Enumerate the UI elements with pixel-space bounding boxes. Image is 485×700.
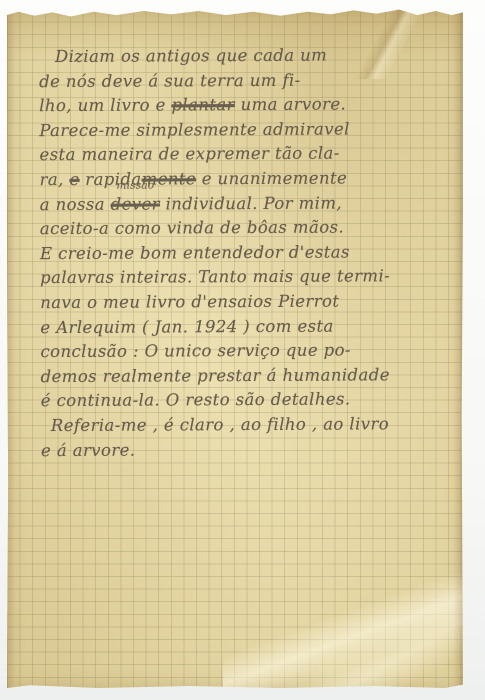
manuscript-line: esta maneira de expremer tão cla- <box>39 141 458 168</box>
manuscript-line: E creio-me bom entendedor d'estas <box>40 240 459 267</box>
manuscript-line: nava o meu livro d'ensaios Pierrot <box>40 289 459 316</box>
manuscript-line: aceito-a como vinda de bôas mãos. <box>40 215 459 242</box>
handwritten-text-block: Diziam os antigos que cada umde nós deve… <box>39 43 460 463</box>
manuscript-page: Diziam os antigos que cada umde nós deve… <box>7 9 463 688</box>
manuscript-text: uma arvore. <box>235 95 346 115</box>
manuscript-text: a nossa <box>40 194 111 213</box>
manuscript-text: de nós deve á sua terra um fi- <box>39 70 301 90</box>
manuscript-text: Parece-me simplesmente admiravel <box>39 119 350 140</box>
strikethrough-text: dever <box>111 194 160 213</box>
manuscript-line: lho, um livro e plantar uma arvore. <box>39 92 458 119</box>
paper-crease-bottom-right <box>223 558 463 688</box>
strikethrough-text: plantar <box>171 95 235 114</box>
manuscript-text: conclusão : O unico serviço que po- <box>40 341 350 362</box>
paper-edge-shade-left <box>7 9 15 688</box>
manuscript-text: demos realmente prestar á humanidade <box>41 365 390 386</box>
manuscript-line: e á arvore. <box>41 436 460 463</box>
manuscript-line: a nossa missãodever individual. Por mim, <box>40 190 459 217</box>
strikethrough-text: e <box>69 170 79 189</box>
manuscript-line: Parece-me simplesmente admiravel <box>39 117 458 144</box>
manuscript-line: demos realmente prestar á humanidade <box>41 363 460 390</box>
manuscript-line: e Arlequim ( Jan. 1924 ) com esta <box>40 313 459 340</box>
manuscript-text: nava o meu livro d'ensaios Pierrot <box>40 291 339 312</box>
manuscript-line: ra, e rapidamente e unanimemente <box>40 166 459 193</box>
manuscript-text: é continua-la. O resto são detalhes. <box>41 390 351 411</box>
manuscript-text: Referia-me , é claro , ao filho , ao liv… <box>51 414 389 435</box>
manuscript-text: lho, um livro e <box>39 96 171 116</box>
scanned-document-view: Diziam os antigos que cada umde nós deve… <box>0 0 485 700</box>
manuscript-text: ra, <box>40 170 70 189</box>
interlinear-insertion: missão <box>116 180 154 190</box>
manuscript-text: Diziam os antigos que cada um <box>55 46 327 66</box>
manuscript-line: de nós deve á sua terra um fi- <box>39 67 458 94</box>
correction-group: missãodever <box>111 192 160 217</box>
manuscript-line: é continua-la. O resto são detalhes. <box>41 387 460 414</box>
manuscript-line: Referia-me , é claro , ao filho , ao liv… <box>41 412 460 439</box>
manuscript-text: aceito-a como vinda de bôas mãos. <box>40 218 344 239</box>
manuscript-text: esta maneira de expremer tão cla- <box>39 144 339 165</box>
manuscript-line: conclusão : O unico serviço que po- <box>40 338 459 365</box>
manuscript-text: e á arvore. <box>41 440 135 459</box>
manuscript-line: palavras inteiras. Tanto mais que termi- <box>40 264 459 291</box>
manuscript-text: palavras inteiras. Tanto mais que termi- <box>40 267 390 288</box>
manuscript-text: individual. Por mim, <box>160 193 342 213</box>
manuscript-line: Diziam os antigos que cada um <box>39 43 458 70</box>
manuscript-text: e Arlequim ( Jan. 1924 ) com esta <box>40 316 333 337</box>
manuscript-text: e unanimemente <box>196 168 347 188</box>
manuscript-text: E creio-me bom entendedor d'estas <box>40 242 350 263</box>
